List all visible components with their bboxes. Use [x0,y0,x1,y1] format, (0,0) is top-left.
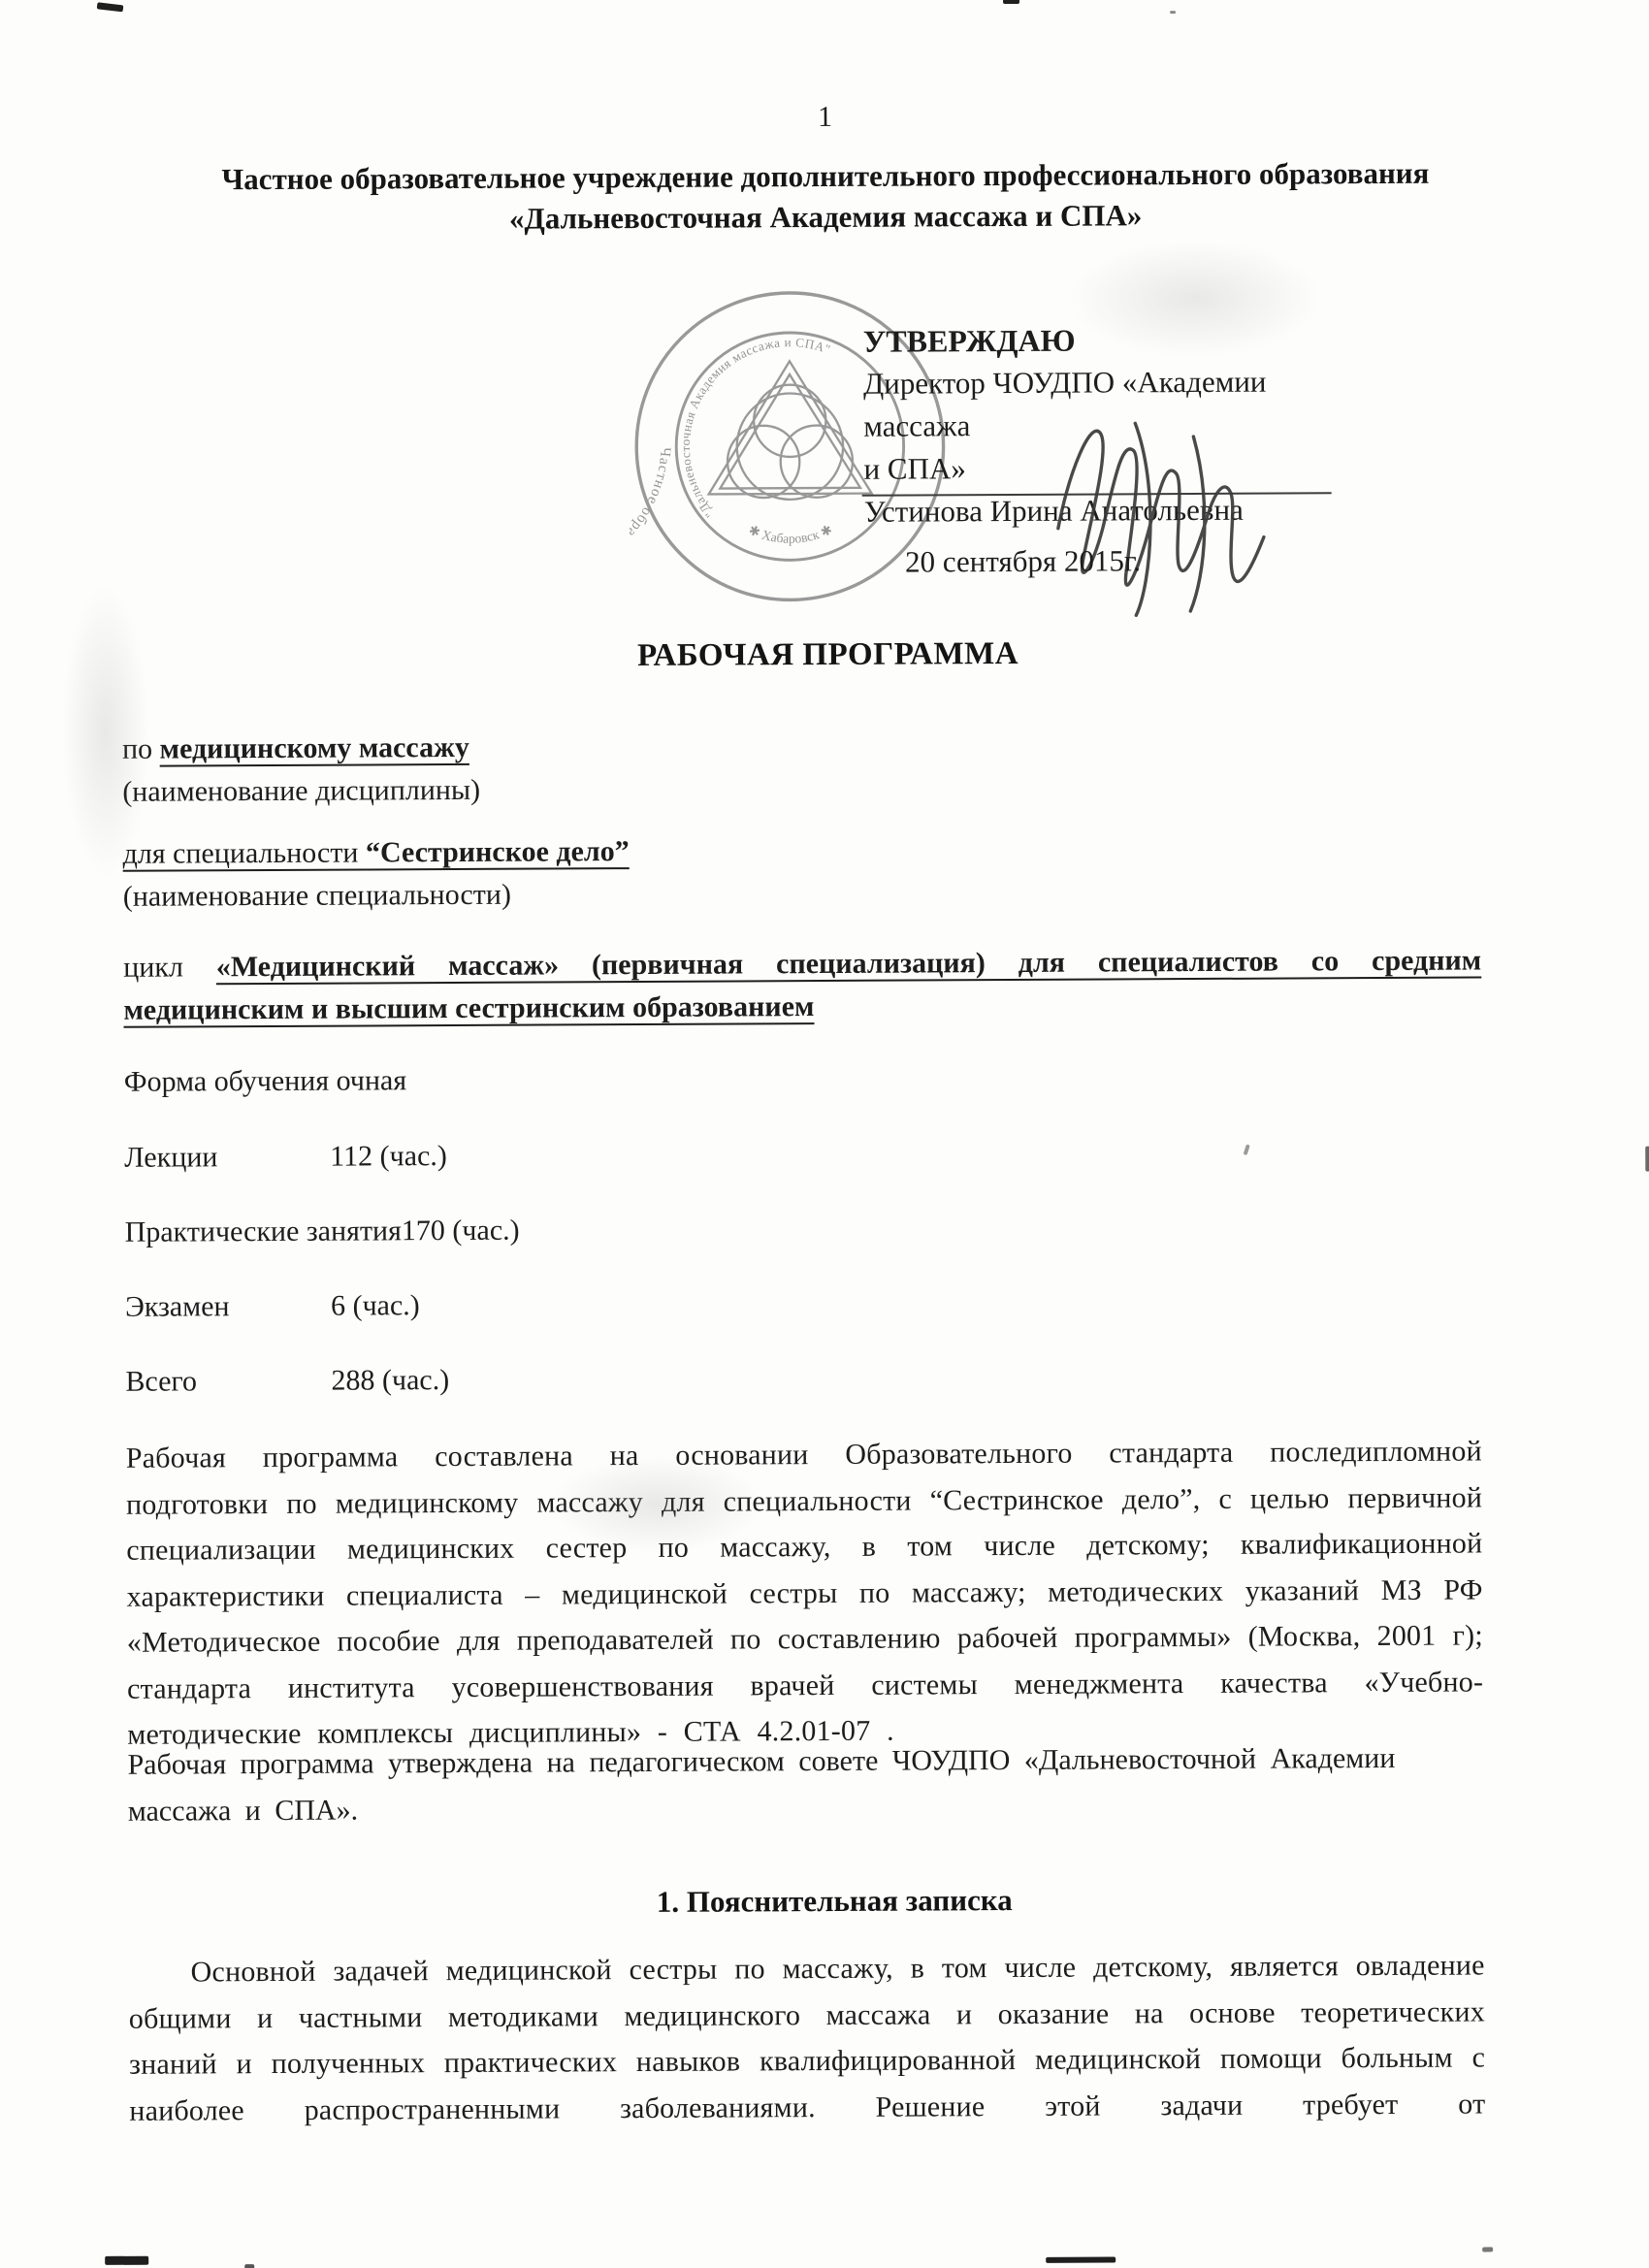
discipline-value: медицинскому массажу [160,731,469,765]
specialty-value: “Сестринское дело” [366,835,630,868]
handwritten-signature [1040,410,1305,623]
basis-paragraph: Рабочая программа составлена на основани… [126,1428,1484,1758]
hours-row-lectures: Лекции 112 (час.) [124,1140,447,1175]
hours-value: 288 (час.) [331,1364,449,1398]
triquetra-emblem-icon [708,361,872,500]
approval-date: 20 сентября 2015г. [905,539,1141,583]
org-name-line1: Частное образовательное учреждение допол… [108,152,1543,201]
scan-artifact [1244,1144,1250,1155]
hours-label: Всего [125,1365,331,1399]
cycle-prefix: цикл [123,951,216,984]
discipline-line: по медицинскому массажу [122,726,1480,765]
scan-artifact [1046,2256,1115,2262]
section-1-paragraph: Основной задачей медицинской сестры по м… [129,1942,1486,2133]
org-name-line2: «Дальневосточная Академия массажа и СПА» [108,193,1543,242]
stamp-city-text: ✱ Хабаровск ✱ [746,522,834,546]
scanned-document-page: 1 Частное образовательное учреждение доп… [0,0,1649,2268]
hours-row-practical: Практические занятия 170 (час.) [125,1215,520,1249]
cycle-text-1: «Медицинский массаж» (первичная специали… [216,944,1482,983]
specialty-caption: (наименование специальности) [123,873,1481,913]
hours-label: Лекции [124,1141,330,1175]
approval-block: УТВЕРЖДАЮ Директор ЧОУДПО «Академии масс… [863,317,1378,534]
document-title: РАБОЧАЯ ПРОГРАММА [110,633,1545,677]
study-form-line: Форма обучения очная [124,1058,1482,1098]
document-content: 1 Частное образовательное учреждение доп… [0,0,1649,2268]
hours-value: 112 (час.) [330,1140,447,1174]
hours-value: 6 (час.) [331,1289,420,1322]
scan-artifact [244,2264,254,2268]
scan-artifact [1170,11,1176,14]
section-1-title: 1. Пояснительная записка [116,1880,1552,1923]
scan-smudge [61,586,150,877]
scan-artifact [97,2,124,12]
organization-header: Частное образовательное учреждение допол… [108,152,1543,242]
specialty-line: для специальности “Сестринское дело” [123,830,1481,870]
hours-row-total: Всего 288 (час.) [125,1364,449,1399]
hours-value: 170 (час.) [402,1215,520,1248]
scan-artifact [1482,2247,1493,2252]
discipline-caption: (наименование дисциплины) [122,768,1480,808]
svg-text:✱ Хабаровск ✱: ✱ Хабаровск ✱ [746,522,834,546]
scan-artifact [1645,1147,1649,1172]
page-number: 1 [1,97,1649,139]
hours-label: Практические занятия [125,1215,402,1248]
cycle-line-2: медицинским и высшим сестринским образов… [123,987,1481,1026]
hours-label: Экзамен [125,1290,331,1324]
approved-paragraph: Рабочая программа утверждена на педагоги… [127,1734,1483,1833]
cycle-text-2: медицинским и высшим сестринским образов… [123,990,814,1026]
hours-row-exam: Экзамен 6 (час.) [125,1289,420,1324]
scan-artifact [105,2256,148,2265]
cycle-line-1: цикл «Медицинский массаж» (первичная спе… [123,944,1481,984]
specialty-underlined: для специальности “Сестринское дело” [123,835,630,870]
scan-artifact [1003,0,1019,4]
specialty-prefix: для специальности [123,836,367,869]
